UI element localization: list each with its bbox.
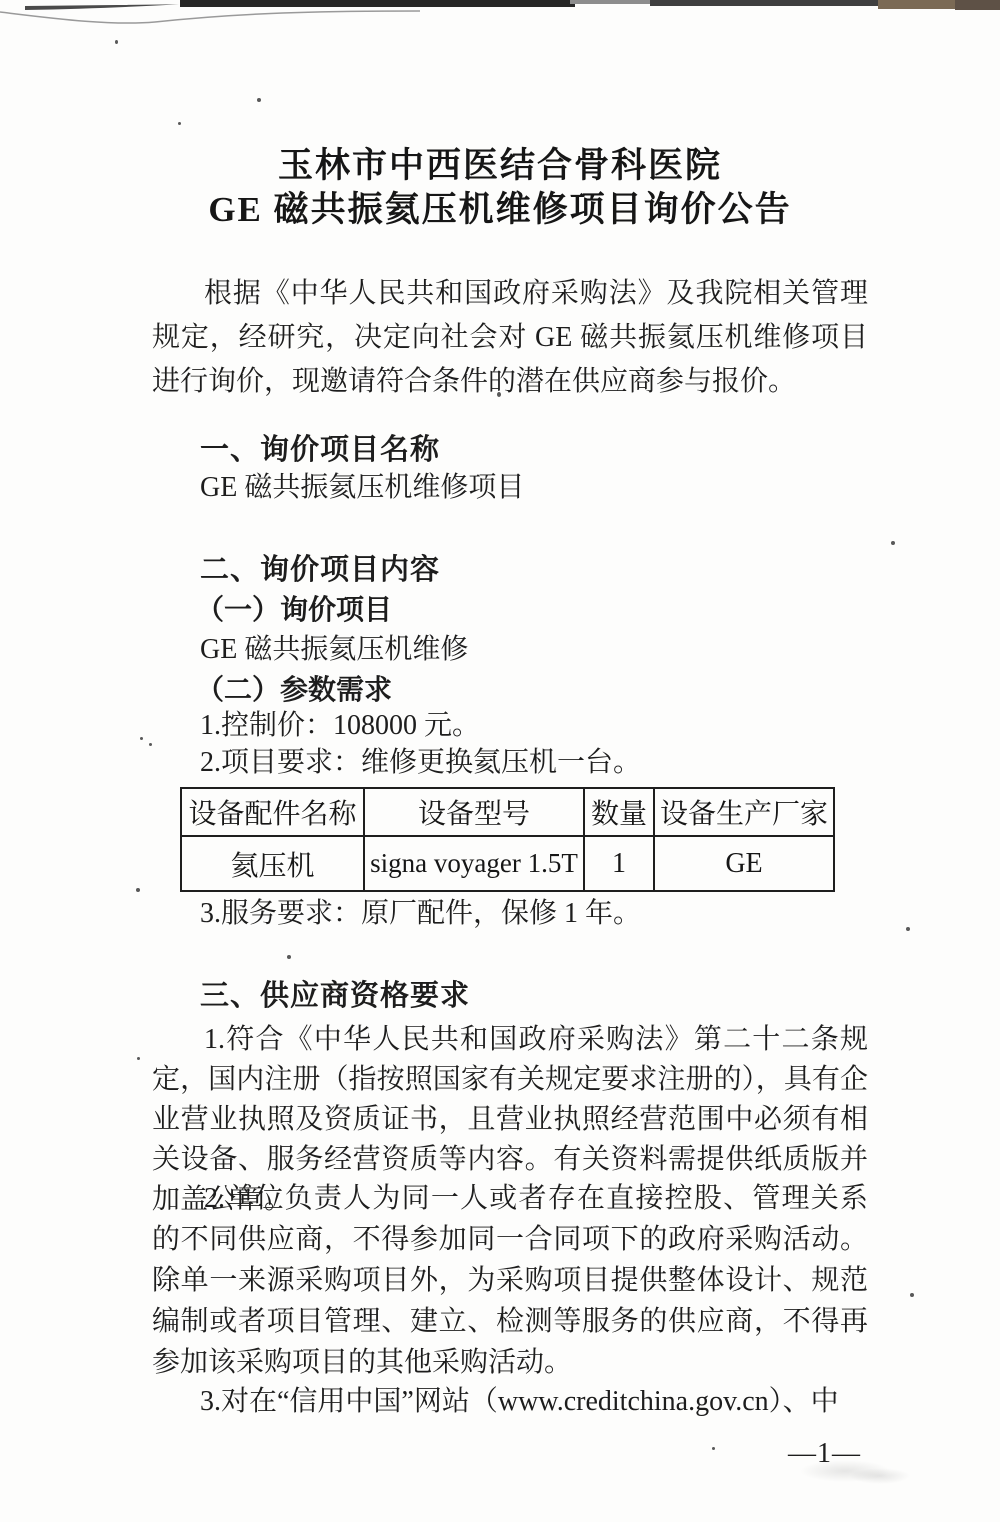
scan-speck bbox=[136, 888, 140, 892]
scan-speck bbox=[910, 1293, 914, 1297]
scan-smudge bbox=[850, 1468, 910, 1484]
equipment-table: 设备配件名称 设备型号 数量 设备生产厂家 氦压机 signa voyager … bbox=[180, 787, 835, 892]
table-cell-manufacturer: GE bbox=[654, 836, 834, 891]
title-line-1: 玉林市中西医结合骨科医院 bbox=[0, 144, 1000, 188]
scan-speck bbox=[287, 955, 291, 959]
section-3-heading: 三、供应商资格要求 bbox=[200, 980, 470, 1012]
item-service-requirement: 3.服务要求：原厂配件，保修 1 年。 bbox=[200, 898, 641, 930]
scan-speck bbox=[891, 541, 895, 545]
section-3-paragraph-2: 2.单位负责人为同一人或者存在直接控股、管理关系的不同供应商，不得参加同一合同项… bbox=[152, 1178, 868, 1383]
section-2-heading: 二、询价项目内容 bbox=[200, 554, 440, 586]
section-3-paragraph-3: 3.对在“信用中国”网站（www.creditchina.gov.cn）、中 bbox=[200, 1386, 839, 1418]
table-cell-part-name: 氦压机 bbox=[181, 836, 364, 891]
section-2-sub-2-heading: （二）参数需求 bbox=[196, 675, 392, 707]
item-control-price: 1.控制价：108000 元。 bbox=[200, 710, 480, 742]
section-1-heading: 一、询价项目名称 bbox=[200, 434, 440, 466]
scan-speck bbox=[906, 927, 910, 931]
document-title: 玉林市中西医结合骨科医院 GE 磁共振氦压机维修项目询价公告 bbox=[0, 144, 1000, 232]
intro-paragraph: 根据《中华人民共和国政府采购法》及我院相关管理规定，经研究，决定向社会对 GE … bbox=[152, 272, 868, 404]
table-header-manufacturer: 设备生产厂家 bbox=[654, 788, 834, 836]
scan-speck bbox=[712, 1447, 715, 1450]
title-line-2: GE 磁共振氦压机维修项目询价公告 bbox=[0, 188, 1000, 232]
scan-artifact-top-edge bbox=[0, 0, 1000, 50]
equipment-table-data-row: 氦压机 signa voyager 1.5T 1 GE bbox=[181, 836, 834, 891]
scan-speck bbox=[137, 1057, 140, 1060]
scan-speck bbox=[115, 40, 118, 44]
scan-speck bbox=[257, 98, 261, 102]
table-header-quantity: 数量 bbox=[584, 788, 654, 836]
table-cell-model: signa voyager 1.5T bbox=[364, 836, 584, 891]
scan-speck bbox=[178, 122, 181, 125]
scan-speck bbox=[140, 737, 143, 740]
table-cell-quantity: 1 bbox=[584, 836, 654, 891]
section-2-sub-1-body: GE 磁共振氦压机维修 bbox=[200, 634, 468, 666]
scanned-document-page: 玉林市中西医结合骨科医院 GE 磁共振氦压机维修项目询价公告 根据《中华人民共和… bbox=[0, 0, 1000, 1522]
scan-speck bbox=[149, 743, 152, 746]
scan-speck bbox=[497, 392, 501, 397]
table-header-part-name: 设备配件名称 bbox=[181, 788, 364, 836]
section-2-sub-1-heading: （一）询价项目 bbox=[196, 595, 392, 627]
section-1-body: GE 磁共振氦压机维修项目 bbox=[200, 472, 524, 504]
item-project-requirement: 2.项目要求：维修更换氦压机一台。 bbox=[200, 747, 641, 779]
equipment-table-header-row: 设备配件名称 设备型号 数量 设备生产厂家 bbox=[181, 788, 834, 836]
table-header-model: 设备型号 bbox=[364, 788, 584, 836]
